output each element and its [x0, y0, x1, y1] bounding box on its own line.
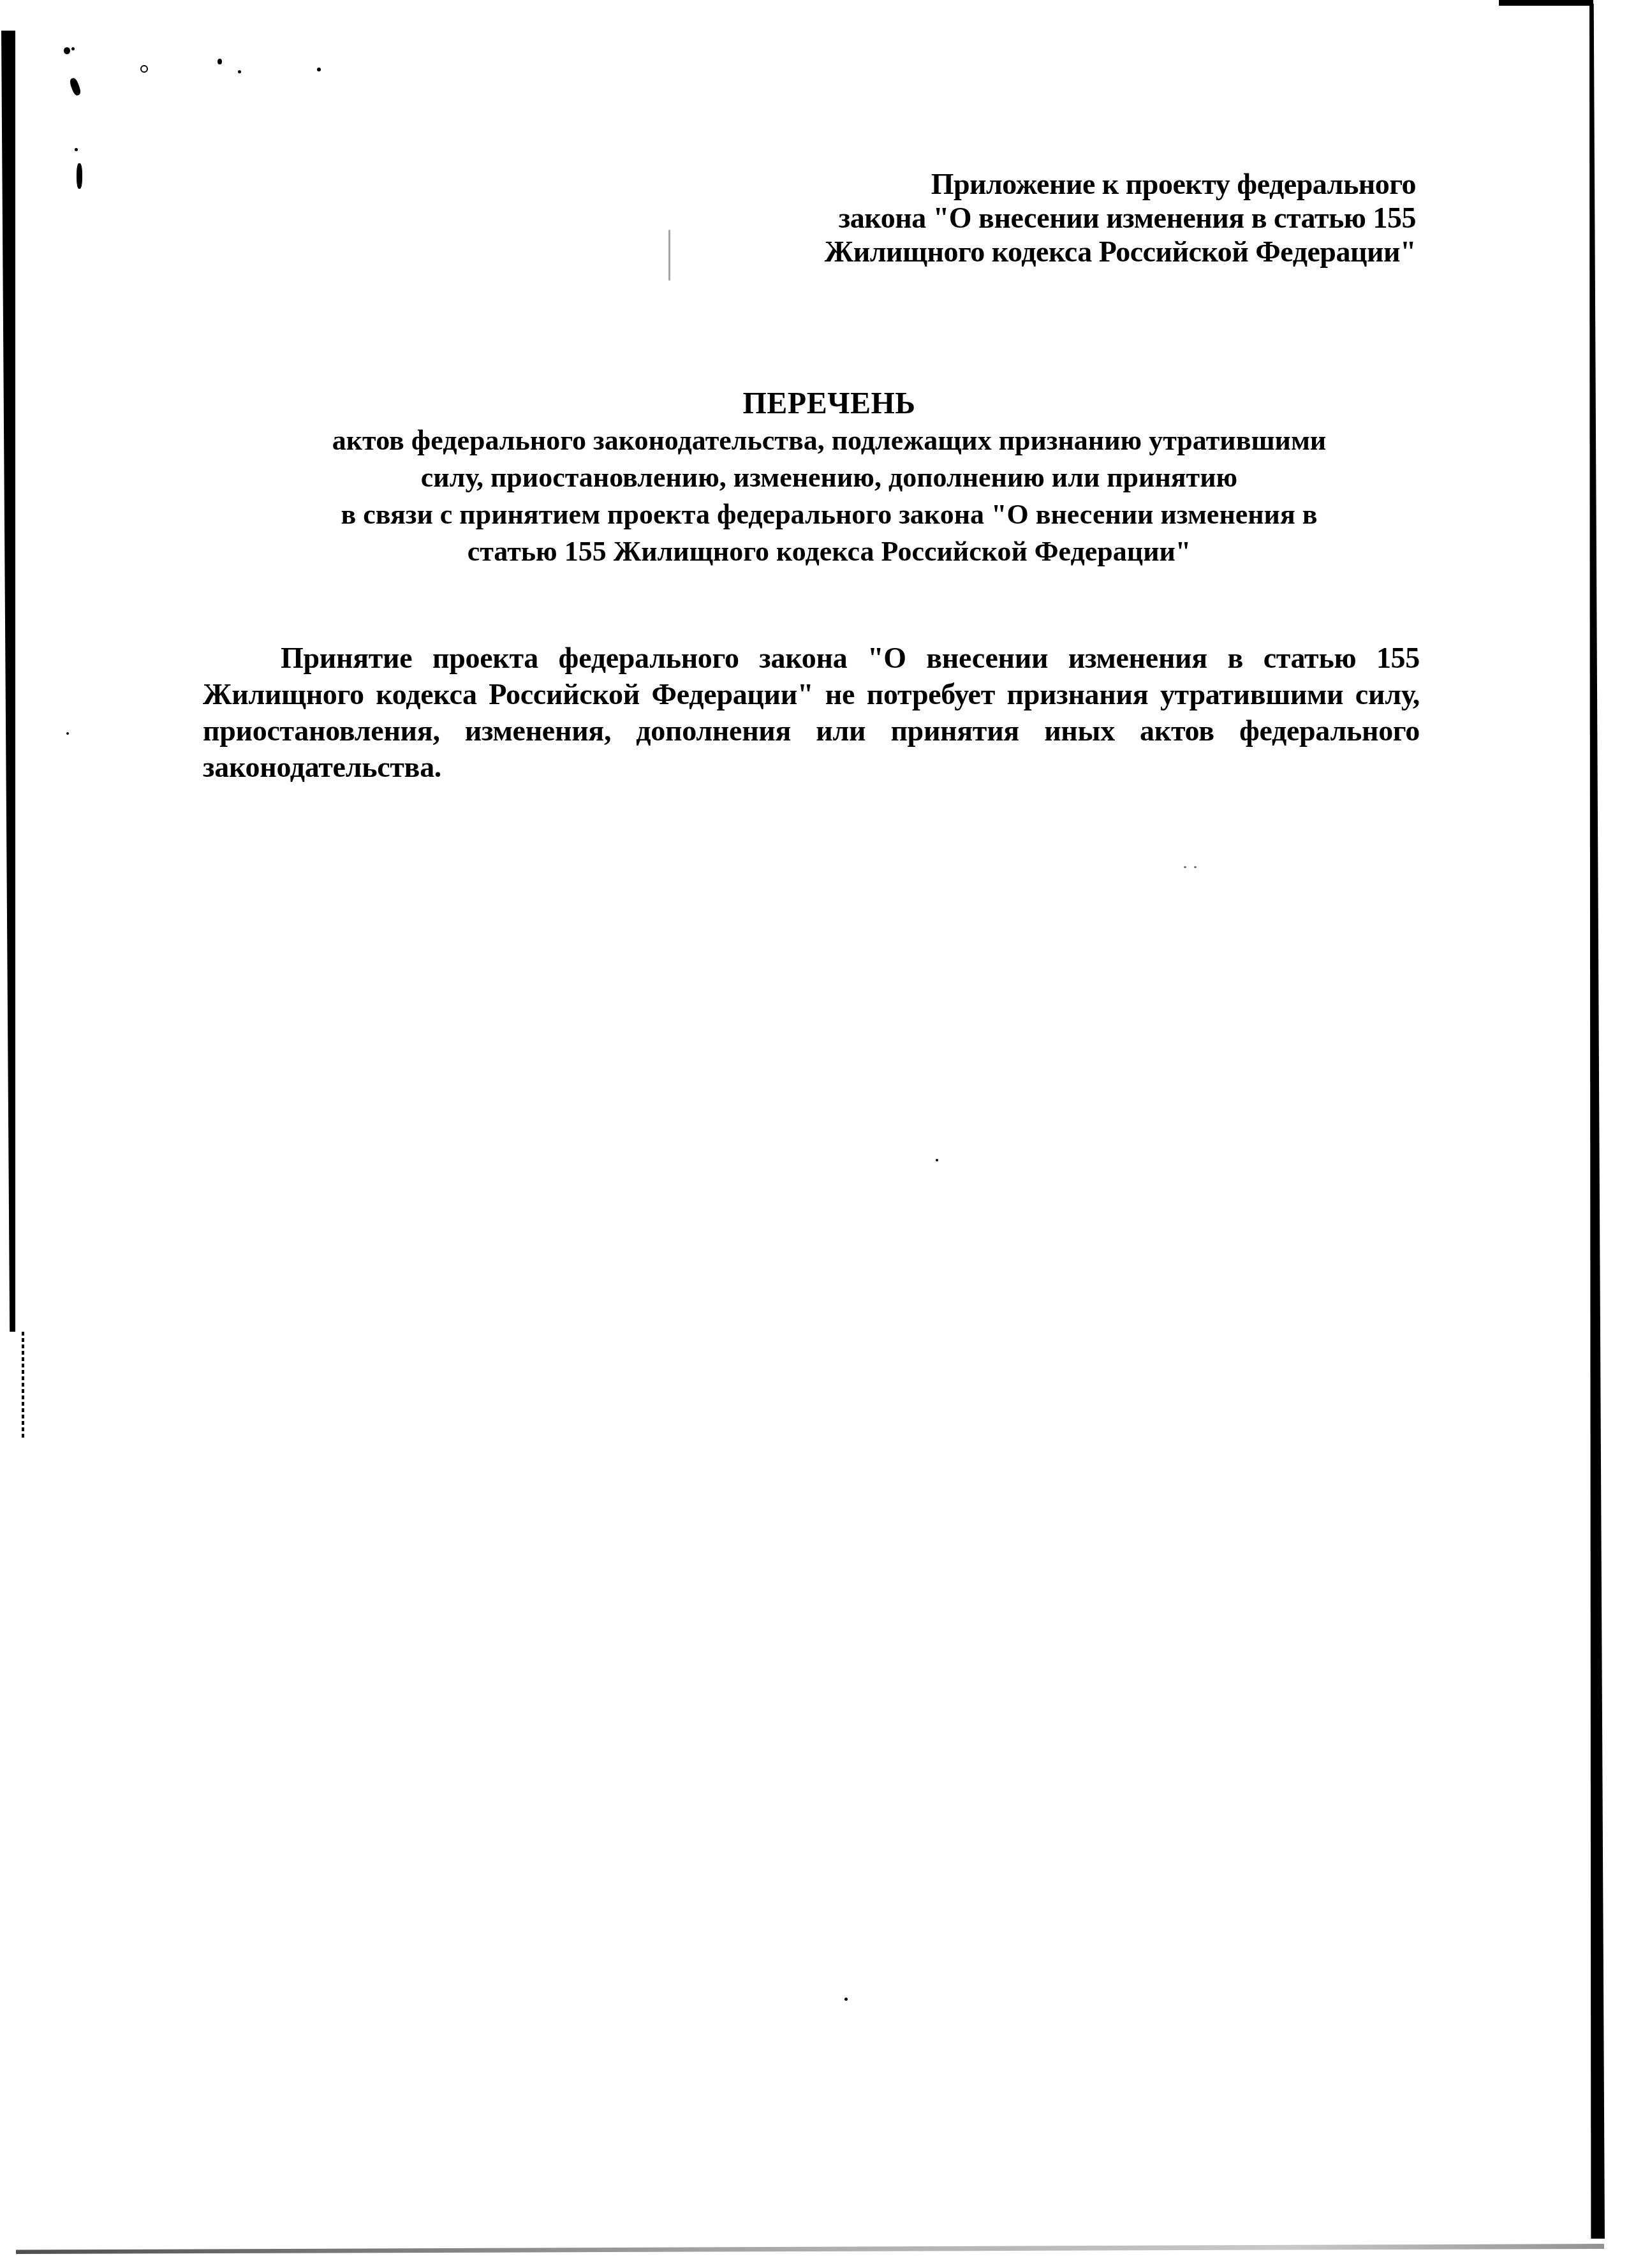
document-subtitle-line: статью 155 Жилищного кодекса Российской … [230, 533, 1429, 570]
document-title: ПЕРЕЧЕНЬ [230, 385, 1429, 422]
scan-border-top [1499, 0, 1593, 6]
attachment-header-line: закона "О внесении изменения в статью 15… [825, 201, 1416, 235]
document-subtitle-line: актов федерального законодательства, под… [230, 422, 1429, 459]
document-subtitle-line: силу, приостановлению, изменению, дополн… [230, 459, 1429, 496]
attachment-header-line: Приложение к проекту федерального [825, 167, 1416, 201]
scan-speck [71, 47, 75, 50]
scanned-document-page: Приложение к проекту федерального закона… [0, 0, 1636, 2268]
document-title-block: ПЕРЕЧЕНЬ актов федерального законодатель… [230, 385, 1429, 570]
scan-speck [844, 1998, 848, 2001]
scan-speck [1194, 866, 1197, 868]
scan-speck [77, 163, 82, 189]
scan-speck [668, 230, 670, 281]
scan-border-left-fade [22, 1332, 24, 1440]
body-paragraph: Принятие проекта федерального закона "О … [203, 640, 1420, 785]
document-subtitle-line: в связи с принятием проекта федерального… [230, 496, 1429, 533]
body-paragraph-text: Принятие проекта федерального закона "О … [203, 642, 1420, 783]
scan-speck [936, 1159, 938, 1161]
scan-speck [1184, 866, 1186, 868]
scan-border-left [1, 31, 15, 1332]
attachment-header-line: Жилищного кодекса Российской Федерации" [825, 235, 1416, 269]
scan-speck [317, 68, 321, 71]
scan-speck [69, 77, 82, 96]
attachment-header: Приложение к проекту федерального закона… [825, 167, 1416, 269]
scan-speck [64, 47, 70, 54]
scan-speck [217, 59, 222, 64]
scan-speck [75, 148, 78, 151]
scan-border-bottom [16, 2244, 1604, 2254]
scan-speck [66, 732, 69, 735]
scan-border-right [1589, 4, 1605, 2239]
scan-speck [238, 70, 241, 73]
scan-speck [140, 65, 148, 73]
